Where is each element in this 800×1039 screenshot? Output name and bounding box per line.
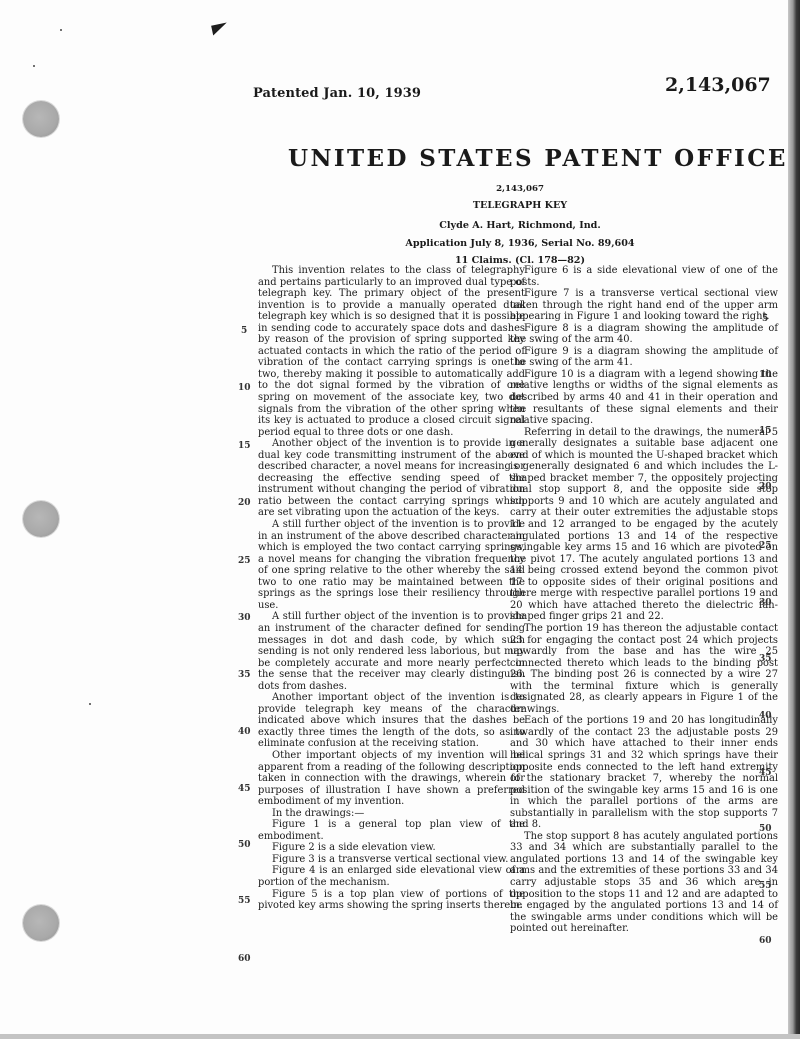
patented-date: Patented Jan. 10, 1939	[253, 86, 421, 101]
paragraph: Figure 2 is a side elevation view.	[258, 842, 525, 854]
line-number: 10	[759, 370, 772, 380]
line-number: 45	[238, 784, 251, 794]
inventor: Clyde A. Hart, Richmond, Ind.	[380, 220, 660, 231]
line-number: 55	[238, 896, 251, 906]
line-number: 50	[759, 824, 772, 834]
line-number: 30	[238, 613, 251, 623]
paragraph: Referring in detail to the drawings, the…	[510, 427, 778, 623]
column-right: Figure 6 is a side elevational view of o…	[510, 265, 778, 935]
line-number: 10	[238, 383, 251, 393]
line-number: 40	[759, 711, 772, 721]
line-number: 40	[238, 727, 251, 737]
line-number: 35	[238, 670, 251, 680]
punch-hole-bottom	[23, 905, 59, 941]
paragraph: Figure 7 is a transverse vertical sectio…	[510, 288, 778, 323]
paragraph: Each of the portions 19 and 20 has longi…	[510, 715, 778, 830]
paragraph: Figure 8 is a diagram showing the amplit…	[510, 323, 778, 346]
scan-speck	[60, 29, 62, 31]
paragraph: In the drawings:—	[258, 808, 525, 820]
line-number: 35	[759, 654, 772, 664]
line-number: 55	[759, 881, 772, 891]
paragraph: The portion 19 has thereon the adjustabl…	[510, 623, 778, 715]
application-info: Application July 8, 1936, Serial No. 89,…	[380, 238, 660, 249]
meta-number: 2,143,067	[380, 184, 660, 194]
line-number: 15	[238, 441, 251, 451]
paragraph: This invention relates to the class of t…	[258, 265, 525, 438]
scan-speck	[89, 703, 91, 705]
line-number: 60	[759, 936, 772, 946]
line-number: 20	[238, 498, 251, 508]
column-left: This invention relates to the class of t…	[258, 265, 525, 912]
office-title: UNITED STATES PATENT OFFICE	[288, 145, 788, 172]
paragraph: Figure 3 is a transverse vertical sectio…	[258, 854, 525, 866]
paragraph: Figure 4 is an enlarged side elevational…	[258, 865, 525, 888]
patent-page: Patented Jan. 10, 1939 2,143,067 UNITED …	[0, 0, 788, 1034]
line-number: 50	[238, 840, 251, 850]
line-number: 25	[759, 541, 772, 551]
line-number: 60	[238, 954, 251, 964]
paragraph: Figure 5 is a top plan view of portions …	[258, 889, 525, 912]
paragraph: Figure 9 is a diagram showing the amplit…	[510, 346, 778, 369]
paragraph: The stop support 8 has acutely angulated…	[510, 831, 778, 935]
paragraph: Figure 10 is a diagram with a legend sho…	[510, 369, 778, 427]
patent-title: TELEGRAPH KEY	[380, 200, 660, 211]
paragraph: Another important object of the inventio…	[258, 692, 525, 750]
line-number: 5	[241, 326, 247, 336]
line-number: 20	[759, 482, 772, 492]
paragraph: A still further object of the invention …	[258, 519, 525, 611]
line-number: 45	[759, 768, 772, 778]
scan-edge-right	[788, 0, 800, 1039]
corner-mark	[211, 22, 229, 35]
patent-number: 2,143,067	[665, 74, 771, 96]
paragraph: Other important objects of my invention …	[258, 750, 525, 808]
paragraph: Figure 6 is a side elevational view of o…	[510, 265, 778, 288]
scan-edge-bottom	[0, 1034, 800, 1039]
paragraph: Another object of the invention is to pr…	[258, 438, 525, 519]
scan-speck	[33, 65, 35, 67]
line-number: 5	[762, 314, 768, 324]
line-number: 30	[759, 598, 772, 608]
punch-hole-top	[23, 101, 59, 137]
line-number: 25	[238, 556, 251, 566]
paragraph: Figure 1 is a general top plan view of t…	[258, 819, 525, 842]
paragraph: A still further object of the invention …	[258, 611, 525, 692]
punch-hole-middle	[23, 501, 59, 537]
line-number: 15	[759, 426, 772, 436]
